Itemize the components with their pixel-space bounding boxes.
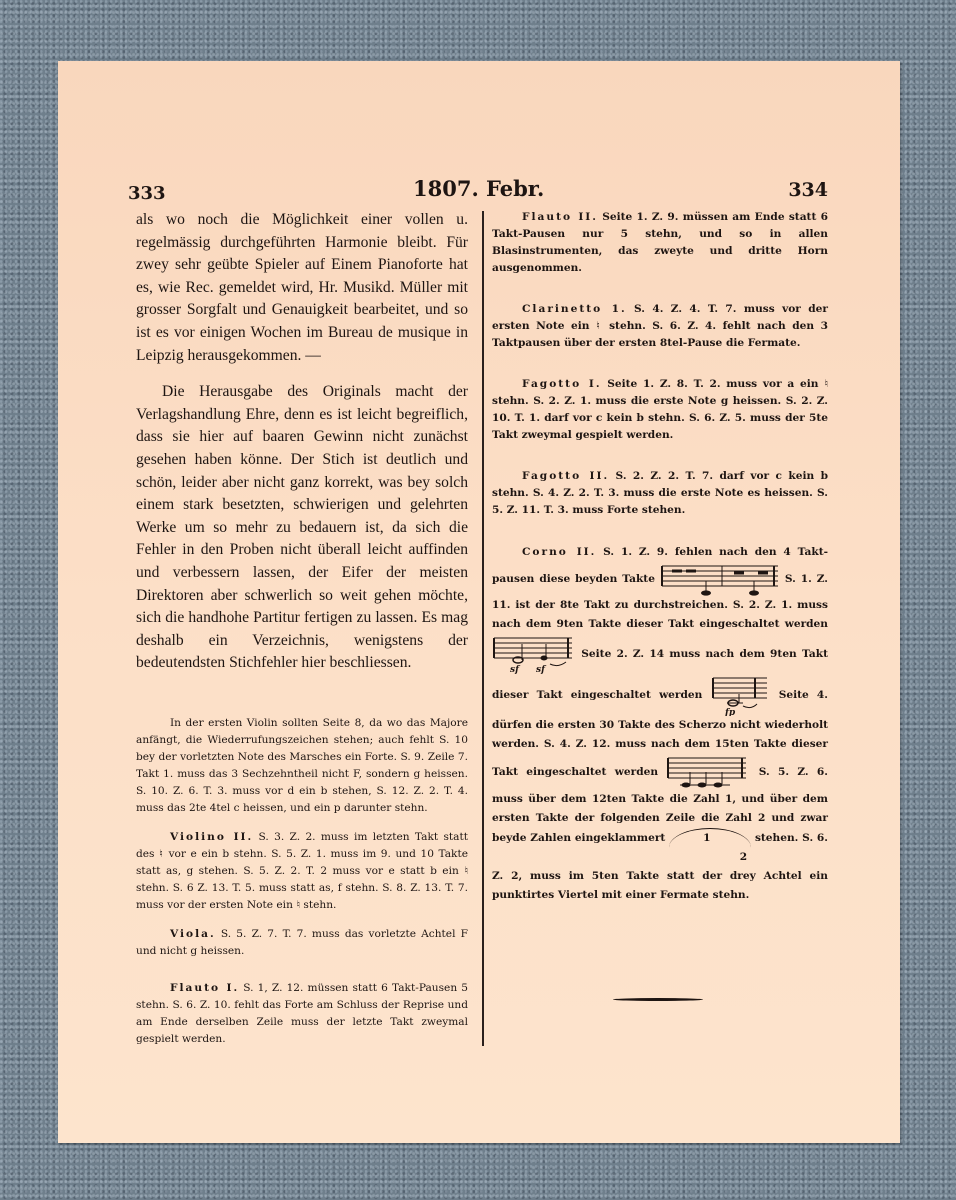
music-staff-fp-icon: fp [711,674,771,716]
errata-clarinetto-1: Clarinetto 1. S. 4. Z. 4. T. 7. muss vor… [492,301,828,352]
page-number-left: 333 [128,183,166,204]
review-paragraph-2: Die Herausgabe des Originals macht der V… [136,381,468,675]
instrument-name: Corno II. [522,546,596,558]
journal-page: 333 1807. Febr. 334 als wo noch die Mögl… [58,61,900,1143]
page-number-right: 334 [788,179,828,201]
errata-violin-1: In der ersten Violin sollten Seite 8, da… [136,715,468,817]
instrument-name: Fagotto I. [522,378,602,390]
errata-flauto-1: Flauto I. S. 1, Z. 12. müssen statt 6 Ta… [136,980,468,1048]
instrument-name: Fagotto II. [522,470,609,482]
errata-viola: Viola. S. 5. Z. 7. T. 7. muss das vorlet… [136,926,468,960]
errata-flauto-2: Flauto II. Seite 1. Z. 9. müssen am Ende… [492,209,828,277]
header-year: 1807. [413,176,479,201]
errata-fagotto-2: Fagotto II. S. 2. Z. 2. T. 7. darf vor c… [492,468,828,519]
review-paragraph-1: als wo noch die Möglichkeit einer vollen… [136,209,468,367]
right-column: Flauto II. Seite 1. Z. 9. müssen am Ende… [492,209,828,905]
music-staff-sf-icon: sf sf [492,634,576,674]
music-staff-three-notes-icon [666,754,750,790]
end-rule-divider [613,998,703,1001]
errata-corno-2: Corno II. S. 1. Z. 9. fehlen nach den 4 … [492,543,828,905]
header-month: Febr. [486,176,544,201]
instrument-name: Flauto II. [522,211,598,223]
bracket-numbers: 12 [669,828,751,867]
svg-text:sf: sf [510,665,521,674]
instrument-name: Clarinetto 1. [522,303,627,315]
instrument-name: Violino II. [170,831,253,843]
svg-text:sf: sf [536,665,547,674]
errata-fagotto-1: Fagotto I. Seite 1. Z. 8. T. 2. muss vor… [492,376,828,444]
instrument-name: Flauto I. [170,982,239,994]
svg-text:fp: fp [724,708,736,716]
column-divider [482,211,484,1046]
errata-violino-2: Violino II. S. 3. Z. 2. muss im letzten … [136,829,468,914]
left-column: als wo noch die Möglichkeit einer vollen… [136,209,468,1048]
instrument-name: Viola. [170,928,216,940]
music-staff-two-bars-icon [660,562,780,596]
